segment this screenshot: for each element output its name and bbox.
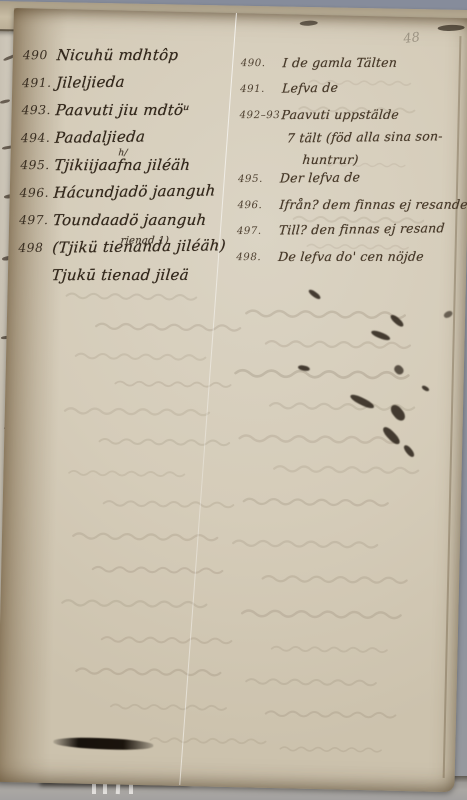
entry-text: Der lefva de — [279, 169, 360, 185]
manuscript-line: rienad 1) — [121, 235, 169, 263]
entry-text: 7 tält (föd alla sina son- — [286, 128, 443, 145]
entry-number: 490 — [23, 46, 57, 62]
entry-number: 491. — [22, 73, 56, 89]
page-edge-highlight — [92, 784, 96, 794]
entry-text: Hácundjadö jaanguh — [53, 181, 216, 201]
manuscript-line: 494. Paadaljieda — [21, 125, 257, 156]
entry-number: 498. — [236, 249, 278, 263]
entry-number: 496. — [20, 183, 54, 199]
manuscript-line: 496. Ifrån? dem finnas ej resande — [237, 197, 467, 223]
entry-column-right: 490. I de gamla Tälten 491. Lefva de 492… — [236, 55, 467, 280]
entry-number: 495. — [20, 156, 54, 172]
manuscript-line: 491. Lefva de — [240, 78, 467, 107]
manuscript-line: 493. Paavuti jiu mdtöᵘ — [22, 101, 258, 129]
entry-number: 493. — [22, 101, 56, 117]
entry-text: Paadaljieda — [54, 127, 146, 146]
manuscript-line: 495. Tjikiijaafna jiléäh — [20, 156, 256, 184]
entry-number: 490. — [241, 55, 283, 69]
manuscript-page: 48 490 Nicuhü mdhtôp 491. Jileljieda 493… — [0, 8, 467, 792]
entry-number: 497. — [19, 211, 53, 227]
entry-column-left: 490 Nicuhü mdhtôp 491. Jileljieda 493. P… — [18, 46, 260, 299]
manuscript-line: h/ — [118, 148, 128, 176]
manuscript-line: 490. I de gamla Tälten — [241, 55, 467, 81]
manuscript-line: 7 tält (föd alla sina son- — [239, 128, 467, 152]
manuscript-line: 497. Till? den finnas ej resand — [237, 220, 467, 249]
entry-number: 498 — [18, 238, 52, 254]
manuscript-line: 495. Der lefva de — [238, 168, 467, 197]
entry-text: De lefva do' cen nöjde — [278, 249, 425, 264]
entry-text: h/ — [118, 148, 128, 158]
manuscript-line: 490 Nicuhü mdhtôp — [23, 46, 259, 74]
manuscript-line: Tjukū tienad jileä — [18, 266, 254, 294]
manuscript-photo: 48 490 Nicuhü mdhtôp 491. Jileljieda 493… — [0, 0, 467, 800]
entry-number: 492–93 — [240, 107, 282, 121]
entry-text: Paavuti jiu mdtöᵘ — [55, 101, 191, 119]
entry-text: I de gamla Tälten — [282, 55, 398, 70]
entry-number: 497. — [237, 223, 279, 238]
entry-text: Till? den finnas ej resand — [278, 220, 445, 237]
page-edge-highlight — [103, 784, 107, 794]
manuscript-line: 496. Hácundjadö jaanguh — [20, 180, 256, 211]
entry-text: Toundaadö jaanguh — [52, 211, 207, 229]
entry-text: Nicuhü mdhtôp — [56, 46, 179, 64]
manuscript-line: 498. De lefva do' cen nöjde — [236, 249, 466, 275]
entry-number: 494. — [21, 128, 55, 144]
entry-number: 491. — [240, 81, 282, 96]
entry-text: Ifrån? dem finnas ej resande — [279, 197, 467, 212]
entry-number: 495. — [238, 171, 280, 186]
page-number: 48 — [403, 30, 421, 47]
entry-text: Lefva de — [281, 80, 338, 96]
entry-text: rienad 1) — [120, 235, 169, 246]
entry-text: Paavuti uppstälde — [281, 107, 400, 122]
entry-text: huntrur) — [302, 152, 359, 167]
entry-number: 496. — [237, 197, 279, 211]
entry-text: Jileljieda — [55, 72, 125, 91]
manuscript-line: 491. Jileljieda — [22, 70, 258, 101]
entry-text: Tjukū tienad jileä — [51, 266, 190, 284]
